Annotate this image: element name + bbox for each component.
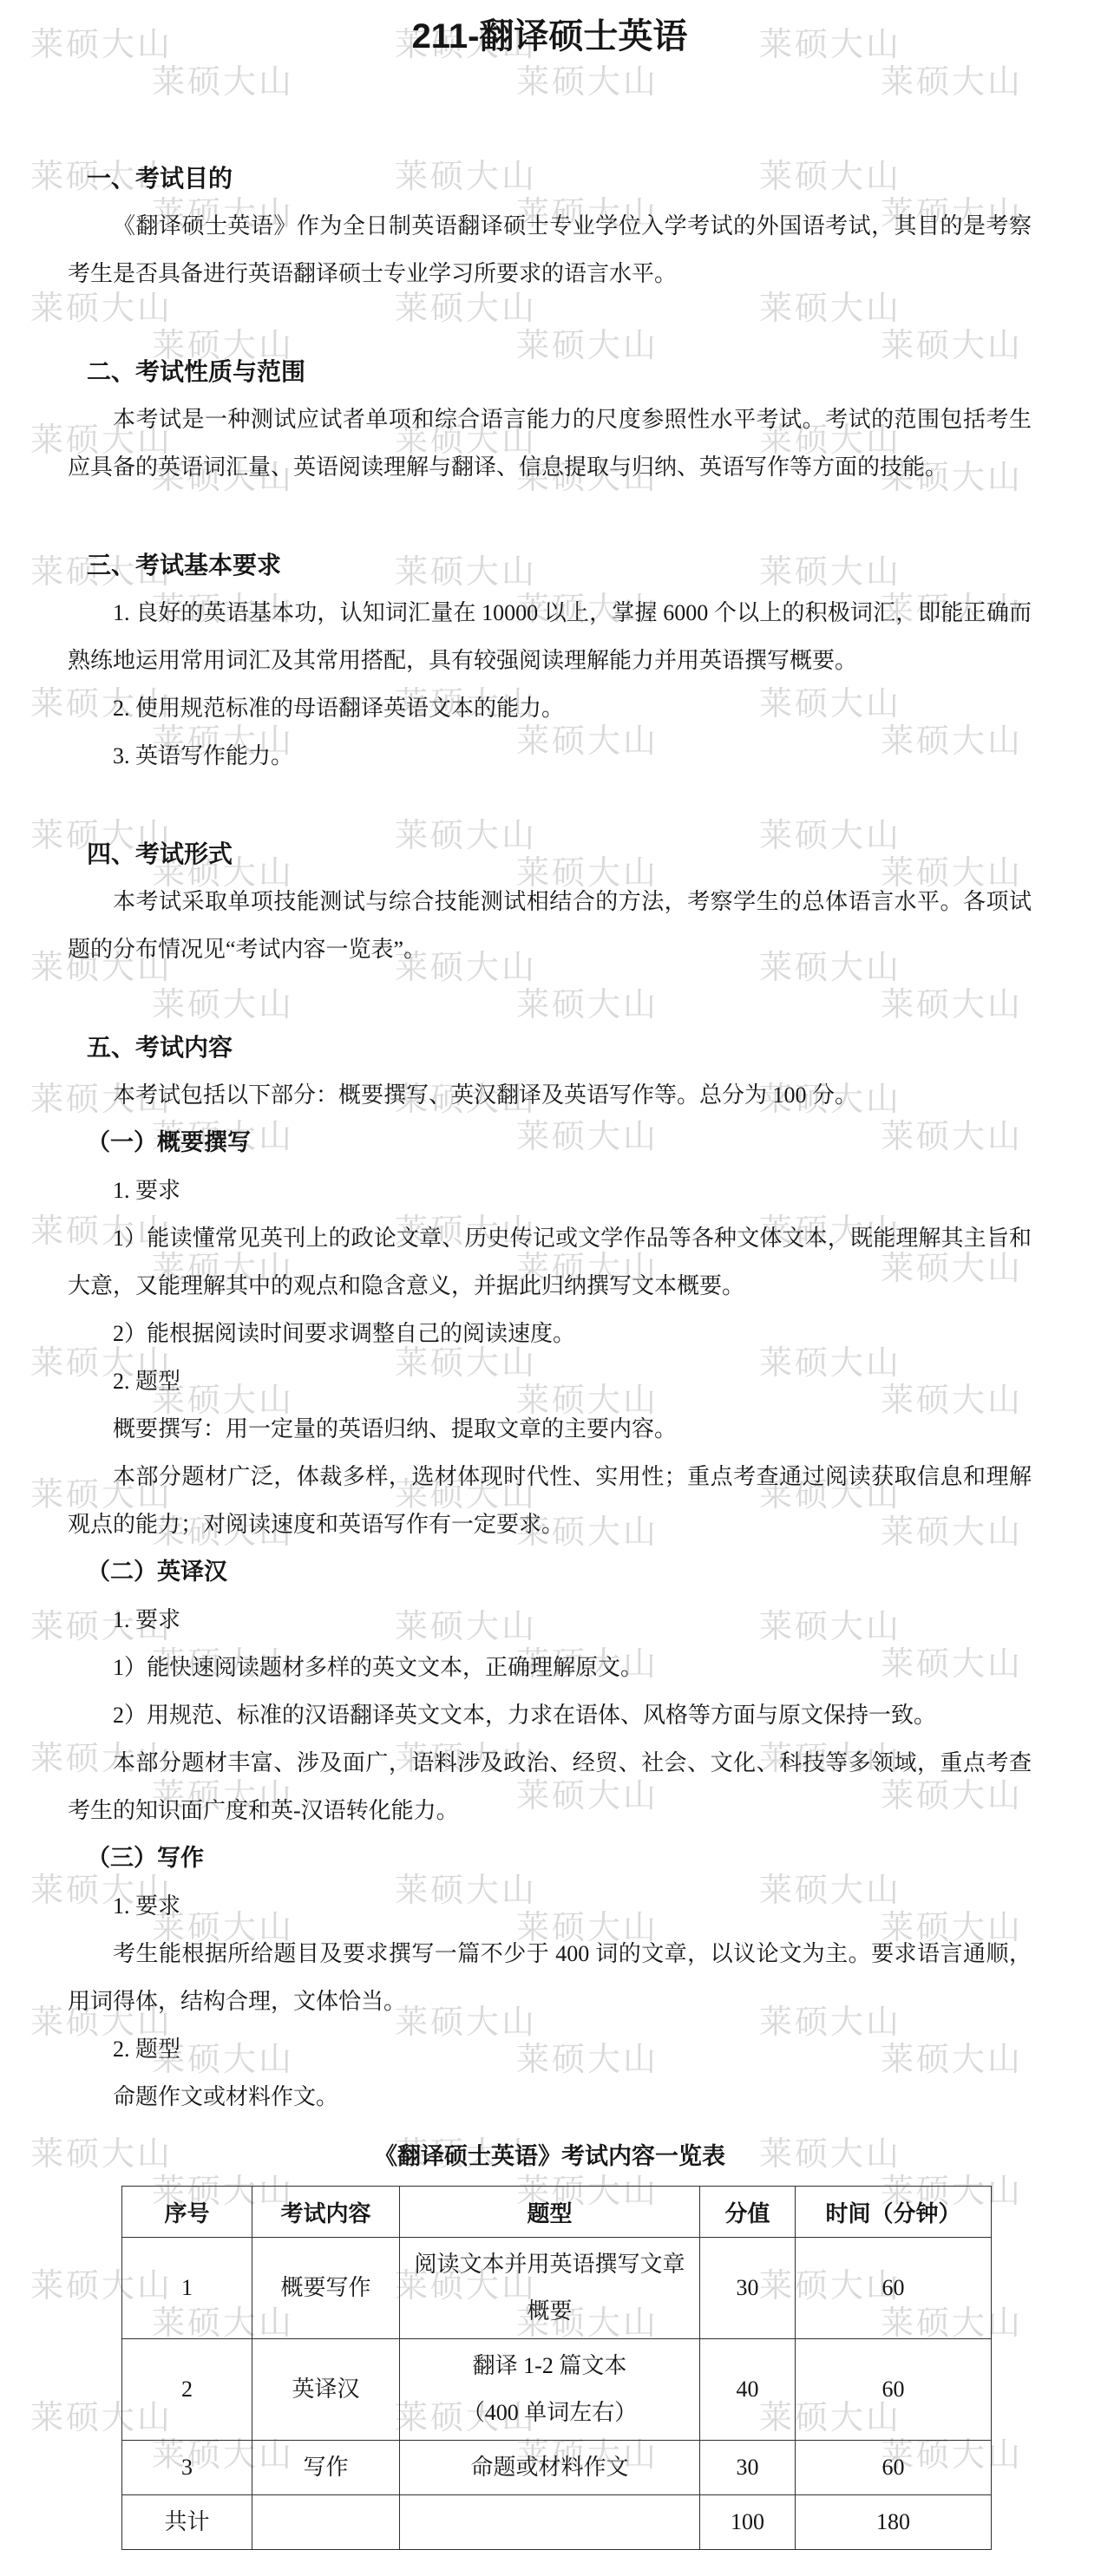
- section-heading: 二、考试性质与范围: [87, 348, 1032, 396]
- paragraph: 2）用规范、标准的汉语翻译英文文本，力求在语体、风格等方面与原文保持一致。: [68, 1691, 1032, 1739]
- table-cell: 60: [796, 2441, 992, 2495]
- paragraph: 本部分题材丰富、涉及面广，语料涉及政治、经贸、社会、文化、科技等多领域，重点考查…: [68, 1739, 1032, 1834]
- section-heading: 一、考试目的: [87, 154, 1032, 202]
- section: 二、考试性质与范围本考试是一种测试应试者单项和综合语言能力的尺度参照性水平考试。…: [68, 348, 1032, 491]
- table-cell: [252, 2495, 400, 2550]
- table-cell: 3: [122, 2441, 252, 2495]
- table-row: 1概要写作阅读文本并用英语撰写文章概要3060: [122, 2238, 992, 2339]
- table-cell: 1: [122, 2238, 252, 2339]
- paragraph: 1. 要求: [68, 1167, 1032, 1214]
- table-cell: 180: [796, 2495, 992, 2550]
- paragraph: 1）能读懂常见英刊上的政论文章、历史传记或文学作品等各种文体文本，既能理解其主旨…: [68, 1214, 1032, 1310]
- table-row: 2英译汉翻译 1-2 篇文本 （400 单词左右）4060: [122, 2339, 992, 2441]
- section: 四、考试形式本考试采取单项技能测试与综合技能测试相结合的方法，考察学生的总体语言…: [68, 830, 1032, 973]
- section: 三、考试基本要求1. 良好的英语基本功，认知词汇量在 10000 以上，掌握 6…: [68, 541, 1032, 780]
- paragraph: 本考试采取单项技能测试与综合技能测试相结合的方法，考察学生的总体语言水平。各项试…: [68, 878, 1032, 973]
- table-cell: 概要写作: [252, 2238, 400, 2339]
- table-header-cell: 分值: [700, 2187, 796, 2238]
- table-header-cell: 序号: [122, 2187, 252, 2238]
- table-header-cell: 考试内容: [252, 2187, 400, 2238]
- table-cell: 60: [796, 2339, 992, 2441]
- section-heading: 三、考试基本要求: [87, 541, 1032, 589]
- section: 一、考试目的《翻译硕士英语》作为全日制英语翻译硕士专业学位入学考试的外国语考试，…: [68, 154, 1032, 297]
- sections: 一、考试目的《翻译硕士英语》作为全日制英语翻译硕士专业学位入学考试的外国语考试，…: [68, 154, 1032, 2121]
- table-cell: 阅读文本并用英语撰写文章概要: [400, 2238, 700, 2339]
- table-cell: 60: [796, 2238, 992, 2339]
- paragraph: 1. 要求: [68, 1882, 1032, 1930]
- sub-heading: （三）写作: [87, 1834, 1032, 1882]
- table-cell: 翻译 1-2 篇文本 （400 单词左右）: [400, 2339, 700, 2441]
- table-cell: 100: [700, 2495, 796, 2550]
- paragraph: 本部分题材广泛，体裁多样，选材体现时代性、实用性；重点考查通过阅读获取信息和理解…: [68, 1453, 1032, 1548]
- table-row: 3写作命题或材料作文3060: [122, 2441, 992, 2495]
- paragraph: 概要撰写：用一定量的英语归纳、提取文章的主要内容。: [68, 1405, 1032, 1453]
- paragraph: 命题作文或材料作文。: [68, 2073, 1032, 2121]
- table-title: 《翻译硕士英语》考试内容一览表: [68, 2133, 1032, 2180]
- paragraph: 2. 题型: [68, 2025, 1032, 2073]
- table-cell: 40: [700, 2339, 796, 2441]
- table-cell: 英译汉: [252, 2339, 400, 2441]
- paragraph: 1）能快速阅读题材多样的英文文本，正确理解原文。: [68, 1644, 1032, 1691]
- table-header-cell: 时间（分钟）: [796, 2187, 992, 2238]
- table-cell: 30: [700, 2238, 796, 2339]
- page-title: 211-翻译硕士英语: [68, 10, 1032, 62]
- paragraph: 《翻译硕士英语》作为全日制英语翻译硕士专业学位入学考试的外国语考试，其目的是考察…: [68, 202, 1032, 297]
- document-content: 211-翻译硕士英语 一、考试目的《翻译硕士英语》作为全日制英语翻译硕士专业学位…: [0, 0, 1101, 2576]
- section-heading: 五、考试内容: [87, 1023, 1032, 1071]
- table-row: 共计100180: [122, 2495, 992, 2550]
- paragraph: 考生能根据所给题目及要求撰写一篇不少于 400 词的文章，以议论文为主。要求语言…: [68, 1930, 1032, 2025]
- paragraph: 2）能根据阅读时间要求调整自己的阅读速度。: [68, 1310, 1032, 1357]
- table-cell: 共计: [122, 2495, 252, 2550]
- table-body: 1概要写作阅读文本并用英语撰写文章概要30602英译汉翻译 1-2 篇文本 （4…: [122, 2238, 992, 2550]
- table-header-cell: 题型: [400, 2187, 700, 2238]
- sub-heading: （二）英译汉: [87, 1548, 1032, 1596]
- section: 五、考试内容本考试包括以下部分：概要撰写、英汉翻译及英语写作等。总分为 100 …: [68, 1023, 1032, 2121]
- exam-content-table: 序号考试内容题型分值时间（分钟） 1概要写作阅读文本并用英语撰写文章概要3060…: [121, 2186, 992, 2550]
- document-page: 莱硕大山莱硕大山莱硕大山莱硕大山莱硕大山莱硕大山莱硕大山莱硕大山莱硕大山莱硕大山…: [0, 0, 1101, 2576]
- table-cell: 2: [122, 2339, 252, 2441]
- paragraph: 2. 题型: [68, 1357, 1032, 1405]
- table-head: 序号考试内容题型分值时间（分钟）: [122, 2187, 992, 2238]
- paragraph: 2. 使用规范标准的母语翻译英语文本的能力。: [68, 684, 1032, 732]
- section-heading: 四、考试形式: [87, 830, 1032, 878]
- paragraph: 1. 良好的英语基本功，认知词汇量在 10000 以上，掌握 6000 个以上的…: [68, 589, 1032, 684]
- paragraph: 1. 要求: [68, 1596, 1032, 1644]
- paragraph: 3. 英语写作能力。: [68, 732, 1032, 780]
- paragraph: 本考试是一种测试应试者单项和综合语言能力的尺度参照性水平考试。考试的范围包括考生…: [68, 396, 1032, 491]
- table-cell: 命题或材料作文: [400, 2441, 700, 2495]
- sub-heading: （一）概要撰写: [87, 1119, 1032, 1167]
- table-header-row: 序号考试内容题型分值时间（分钟）: [122, 2187, 992, 2238]
- paragraph: 本考试包括以下部分：概要撰写、英汉翻译及英语写作等。总分为 100 分。: [68, 1071, 1032, 1119]
- table-cell: [400, 2495, 700, 2550]
- table-cell: 30: [700, 2441, 796, 2495]
- table-cell: 写作: [252, 2441, 400, 2495]
